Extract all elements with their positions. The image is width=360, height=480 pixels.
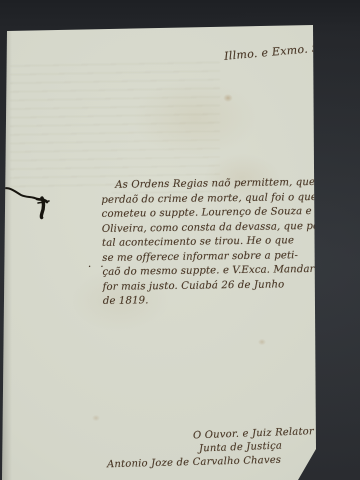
stray-ink-dots: · · <box>88 262 107 273</box>
body-line: de 1819. <box>103 291 360 309</box>
body-line: tal acontecimento se tirou. He o que <box>102 233 360 251</box>
photograph-backdrop: Illmo. e Exmo. Snr. As Ordens Regias naõ… <box>0 0 360 480</box>
signature-name: Antonio Joze de Carvalho Chaves <box>107 455 281 471</box>
body-line: As Ordens Regias naõ permittem, que se c… <box>115 175 360 193</box>
paper-show-through-lines <box>10 58 220 193</box>
manuscript-sheet: Illmo. e Exmo. Snr. As Ordens Regias naõ… <box>0 0 360 480</box>
body-line: cometeu o suppte. Lourenço de Souza e <box>102 204 360 222</box>
letter-body: As Ordens Regias naõ permittem, que se c… <box>101 175 360 309</box>
closing-role-line: O Ouvor. e Juiz Relator da <box>193 426 330 442</box>
closing-junta-line: Junta de Justiça <box>199 441 282 455</box>
letter-salutation: Illmo. e Exmo. Snr. <box>224 40 336 63</box>
ink-blot-mark <box>0 178 60 228</box>
body-line: çaõ do mesmo suppte. e V.Exca. Mandará o… <box>102 262 360 280</box>
